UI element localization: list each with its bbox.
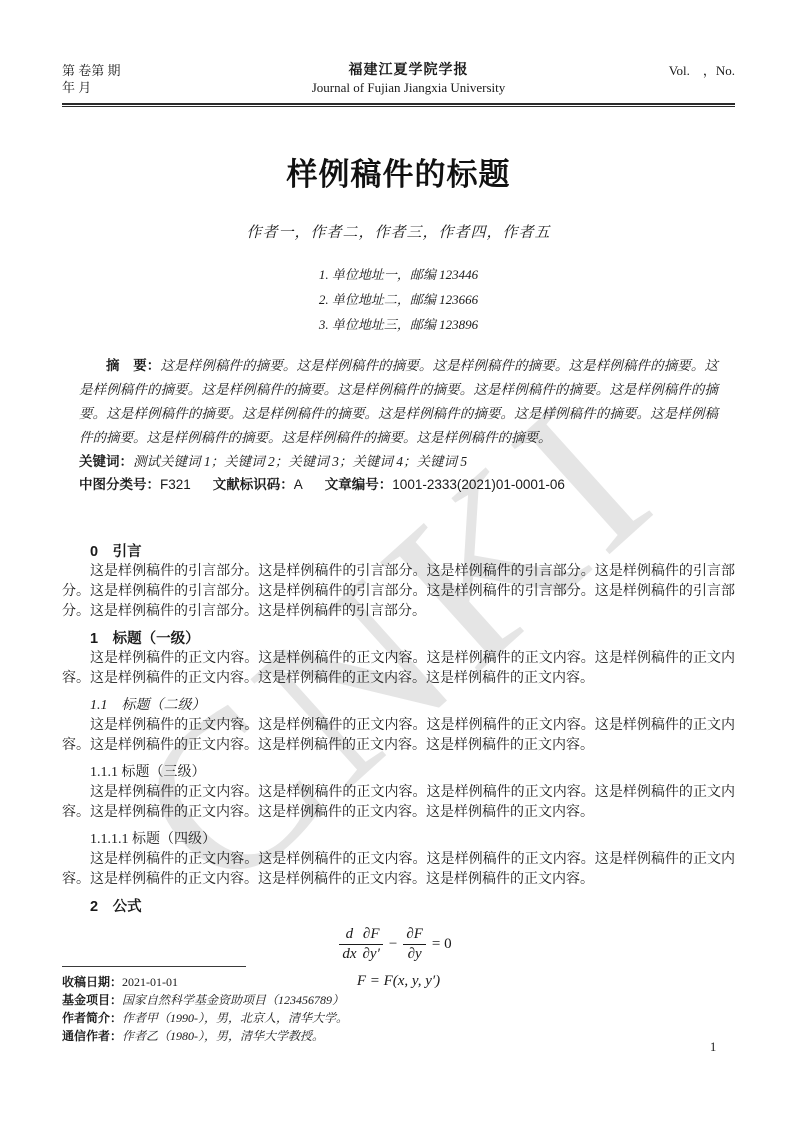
minus-operator: −: [389, 936, 397, 953]
affiliation-list: 1. 单位地址一，邮编 123446 2. 单位地址二，邮编 123666 3.…: [62, 262, 735, 337]
received-date-label: 收稿日期：: [62, 975, 122, 989]
section-body-level2: 这是样例稿件的正文内容。这是样例稿件的正文内容。这是样例稿件的正文内容。这是样例…: [62, 716, 735, 756]
classification-line: 中图分类号：F321文献标识码：A文章编号：1001-2333(2021)01-…: [79, 473, 718, 496]
page-content: 第 卷第 期 年 月 福建江夏学院学报 Journal of Fujian Ji…: [0, 0, 794, 990]
journal-name-cn: 福建江夏学院学报: [192, 62, 625, 79]
abstract-label: 摘 要：: [106, 358, 160, 373]
clc-pair: 中图分类号：F321: [79, 477, 191, 492]
fraction-numerator: d: [339, 926, 359, 945]
article-id-label: 文章编号：: [325, 477, 393, 492]
doc-code-value: A: [294, 477, 303, 492]
section-body-intro: 这是样例稿件的引言部分。这是样例稿件的引言部分。这是样例稿件的引言部分。这是样例…: [62, 562, 735, 622]
article-title: 样例稿件的标题: [62, 149, 735, 194]
equals-zero: = 0: [432, 936, 452, 953]
author-bio-label: 作者简介：: [62, 1011, 122, 1025]
fraction-d-dx: ddx: [339, 926, 359, 963]
journal-name: 福建江夏学院学报 Journal of Fujian Jiangxia Univ…: [192, 62, 625, 96]
journal-header: 第 卷第 期 年 月 福建江夏学院学报 Journal of Fujian Ji…: [62, 0, 735, 96]
journal-name-en: Journal of Fujian Jiangxia University: [192, 79, 625, 96]
received-date-line: 收稿日期：2021-01-01: [62, 973, 735, 991]
keywords-text: 测试关键词 1；关键词 2；关键词 3；关键词 4；关键词 5: [133, 454, 467, 469]
section-body-level3: 这是样例稿件的正文内容。这是样例稿件的正文内容。这是样例稿件的正文内容。这是样例…: [62, 783, 735, 823]
fraction-dF-dy: ∂F∂y: [403, 926, 426, 963]
section-body-level4: 这是样例稿件的正文内容。这是样例稿件的正文内容。这是样例稿件的正文内容。这是样例…: [62, 850, 735, 890]
fraction-denominator: ∂y: [403, 945, 426, 963]
header-double-rule: [62, 103, 735, 107]
abstract-block: 摘 要：这是样例稿件的摘要。这是样例稿件的摘要。这是样例稿件的摘要。这是样例稿件…: [62, 354, 735, 496]
section-body-level1: 这是样例稿件的正文内容。这是样例稿件的正文内容。这是样例稿件的正文内容。这是样例…: [62, 649, 735, 689]
section-heading-level1: 1 标题（一级）: [62, 629, 735, 649]
doc-code-label: 文献标识码：: [213, 477, 294, 492]
funding-value: 国家自然科学基金资助项目（123456789）: [122, 993, 344, 1007]
section-heading-level2: 1.1 标题（二级）: [62, 696, 735, 716]
footnote-rule: [62, 966, 246, 967]
received-date-value: 2021-01-01: [122, 975, 178, 989]
issue-info: 第 卷第 期 年 月: [62, 62, 192, 96]
article-id-value: 1001-2333(2021)01-0001-06: [392, 477, 565, 492]
affiliation-3: 3. 单位地址三，邮编 123896: [62, 312, 735, 337]
section-heading-level3: 1.1.1 标题（三级）: [62, 763, 735, 783]
corresponding-author-line: 通信作者：作者乙（1980-），男，清华大学教授。: [62, 1027, 735, 1045]
issue-line-1: 第 卷第 期: [62, 62, 192, 79]
footnote-block: 收稿日期：2021-01-01 基金项目：国家自然科学基金资助项目（123456…: [62, 966, 735, 1045]
journal-page: CNKI 第 卷第 期 年 月 福建江夏学院学报 Journal of Fuji…: [0, 0, 794, 1123]
keywords-label: 关键词：: [79, 454, 133, 469]
clc-value: F321: [160, 477, 191, 492]
corresponding-author-value: 作者乙（1980-），男，清华大学教授。: [122, 1029, 324, 1043]
abstract-paragraph: 摘 要：这是样例稿件的摘要。这是样例稿件的摘要。这是样例稿件的摘要。这是样例稿件…: [79, 354, 718, 450]
funding-label: 基金项目：: [62, 993, 122, 1007]
article-body: 0 引言 这是样例稿件的引言部分。这是样例稿件的引言部分。这是样例稿件的引言部分…: [62, 542, 735, 990]
abstract-text: 这是样例稿件的摘要。这是样例稿件的摘要。这是样例稿件的摘要。这是样例稿件的摘要。…: [79, 358, 718, 445]
vol-no: Vol. ，No.: [625, 62, 735, 79]
doc-code-pair: 文献标识码：A: [213, 477, 303, 492]
section-heading-intro: 0 引言: [62, 542, 735, 562]
funding-line: 基金项目：国家自然科学基金资助项目（123456789）: [62, 991, 735, 1009]
affiliation-2: 2. 单位地址二，邮编 123666: [62, 287, 735, 312]
issue-line-2: 年 月: [62, 79, 192, 96]
corresponding-author-label: 通信作者：: [62, 1029, 122, 1043]
euler-lagrange-equation: ddx∂F∂y′−∂F∂y= 0: [62, 926, 735, 963]
keywords-line: 关键词：测试关键词 1；关键词 2；关键词 3；关键词 4；关键词 5: [79, 450, 718, 473]
section-heading-formula: 2 公式: [62, 897, 735, 917]
page-number: 1: [710, 1040, 716, 1055]
fraction-denominator: ∂y′: [360, 945, 383, 963]
clc-label: 中图分类号：: [79, 477, 160, 492]
fraction-numerator: ∂F: [360, 926, 383, 945]
author-bio-value: 作者甲（1990-），男，北京人，清华大学。: [122, 1011, 348, 1025]
author-list: 作者一，作者二，作者三，作者四，作者五: [62, 221, 735, 242]
affiliation-1: 1. 单位地址一，邮编 123446: [62, 262, 735, 287]
fraction-numerator: ∂F: [403, 926, 426, 945]
author-bio-line: 作者简介：作者甲（1990-），男，北京人，清华大学。: [62, 1009, 735, 1027]
fraction-dF-dyprime: ∂F∂y′: [360, 926, 383, 963]
fraction-denominator: dx: [339, 945, 359, 963]
section-heading-level4: 1.1.1.1 标题（四级）: [62, 830, 735, 850]
article-id-pair: 文章编号：1001-2333(2021)01-0001-06: [325, 477, 565, 492]
